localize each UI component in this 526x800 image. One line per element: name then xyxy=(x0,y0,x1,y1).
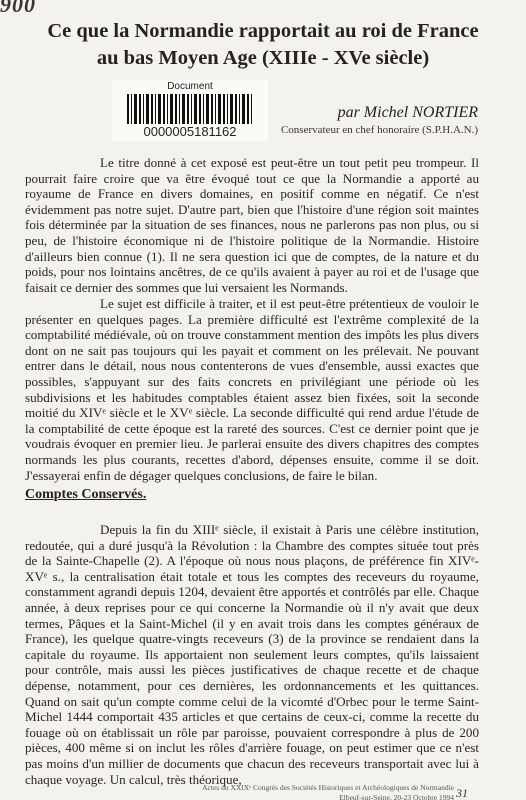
author-role: Conservateur en chef honoraire (S.P.H.A.… xyxy=(281,124,478,136)
article-title-line-1: Ce que la Normandie rapportait au roi de… xyxy=(0,20,526,43)
footer-proceedings: Actes du XXIXᵉ Congrès des Sociétés Hist… xyxy=(202,783,454,792)
paragraph-subject: Le sujet est difficile à traiter, et il … xyxy=(25,296,479,483)
article-title-line-2: au bas Moyen Age (XIIIe - XVe siècle) xyxy=(0,47,526,70)
paragraph-comptes: Depuis la fin du XIIIᵉ siècle, il exista… xyxy=(25,522,479,787)
paragraph-text: Le titre donné à cet exposé est peut-êtr… xyxy=(25,155,479,295)
paragraph-text: Depuis la fin du XIIIᵉ siècle, il exista… xyxy=(25,522,479,787)
barcode-number: 0000005181162 xyxy=(112,124,268,139)
paragraph-intro: Le titre donné à cet exposé est peut-êtr… xyxy=(25,155,479,295)
author-name: par Michel NORTIER xyxy=(338,104,478,122)
page-number: 31 xyxy=(456,786,468,800)
footer-location-date: Elbeuf-sur-Seine, 20-23 Octobre 1994 xyxy=(339,793,454,800)
top-page-marker: 900 xyxy=(0,0,36,18)
barcode-label: Document xyxy=(112,81,268,92)
barcode-sticker: Document 0000005181162 xyxy=(112,80,268,142)
paragraph-text: Le sujet est difficile à traiter, et il … xyxy=(25,296,479,483)
barcode-icon xyxy=(127,94,253,124)
section-heading: Comptes Conservés. xyxy=(25,487,146,503)
